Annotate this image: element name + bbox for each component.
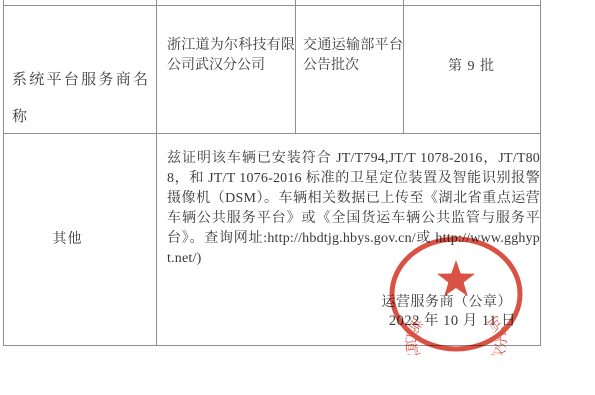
row-label-system-platform-provider: 系统平台服务商名称 — [12, 62, 150, 136]
provider-name-cell: 浙江道为尔科技有限公司武汉分公司 — [167, 36, 295, 76]
table-col-border-2 — [295, 0, 296, 133]
row-label-other: 其他 — [0, 228, 144, 248]
announcement-batch-value-cell: 第 9 批 — [403, 55, 540, 75]
table-left-border — [3, 0, 4, 346]
announcement-batch-label-cell: 交通运输部平台公告批次 — [303, 36, 403, 76]
table-col-border-1 — [156, 0, 157, 346]
table-top-border — [3, 5, 541, 6]
table-right-border — [540, 0, 541, 346]
star-icon — [437, 260, 475, 296]
company-seal: 浙江道为尔科技有限公司武汉分公司 — [386, 235, 526, 355]
